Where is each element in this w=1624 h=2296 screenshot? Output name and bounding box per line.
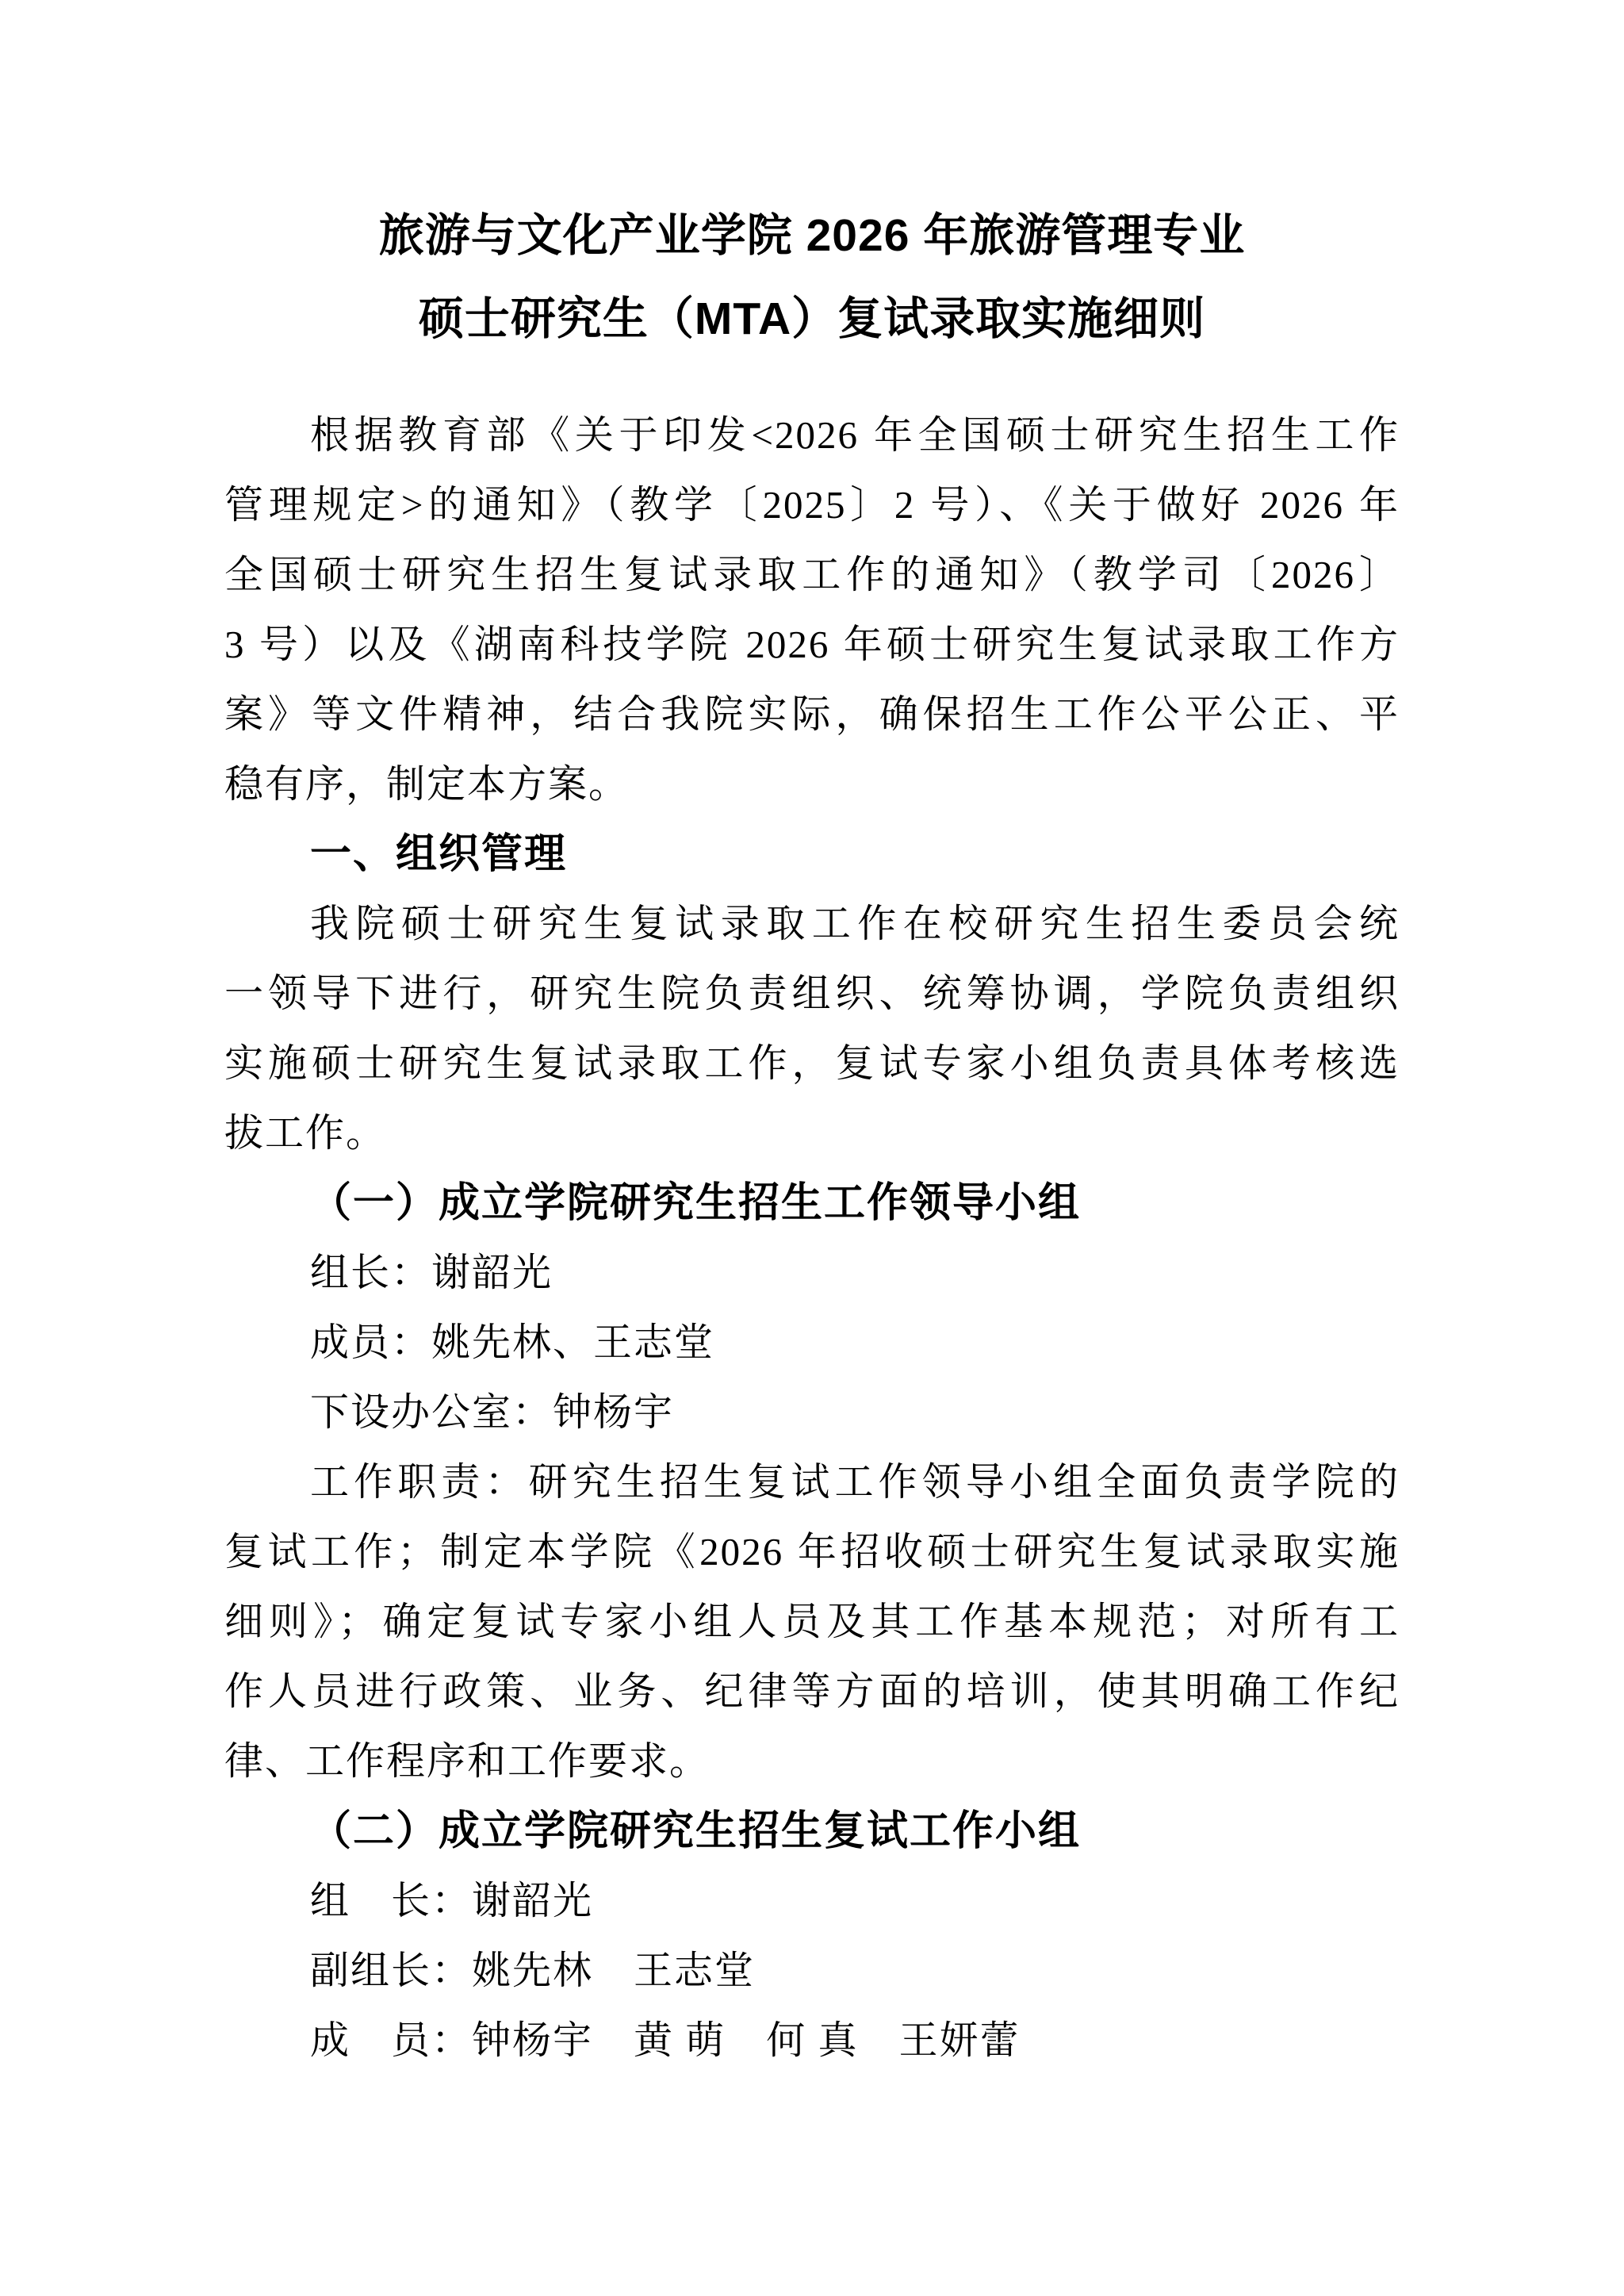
duties-paragraph-line-4: 作人员进行政策、业务、纪律等方面的培训，使其明确工作纪 — [224, 1657, 1400, 1727]
work-group-heading-regular-part: 招生复试工作小组 — [738, 1809, 1081, 1854]
work-group-members-line: 成 员：钟杨宇 黄 萌 何 真 王妍蕾 — [224, 2006, 1400, 2076]
document-page: 旅游与文化产业学院 2026 年旅游管理专业 硕士研究生（MTA）复试录取实施细… — [0, 0, 1624, 2296]
duties-paragraph-line-5: 律、工作程序和工作要求。 — [224, 1727, 1400, 1796]
intro-paragraph-line-5: 案》等文件精神，结合我院实际，确保招生工作公平公正、平 — [224, 680, 1400, 749]
leader-line: 组长：谢韶光 — [224, 1238, 1400, 1308]
organization-paragraph-line-3: 实施硕士研究生复试录取工作，复试专家小组负责具体考核选 — [224, 1029, 1400, 1098]
office-line: 下设办公室：钟杨宇 — [224, 1378, 1400, 1447]
members-line: 成员：姚先林、王志堂 — [224, 1308, 1400, 1378]
work-group-vice-leader-line: 副组长：姚先林 王志堂 — [224, 1936, 1400, 2006]
organization-paragraph-line-1: 我院硕士研究生复试录取工作在校研究生招生委员会统 — [224, 889, 1400, 959]
organization-paragraph-line-4: 拔工作。 — [224, 1098, 1400, 1168]
duties-paragraph-line-3: 细则》；确定复试专家小组人员及其工作基本规范；对所有工 — [224, 1587, 1400, 1657]
document-body: 根据教育部《关于印发<2026 年全国硕士研究生招生工作 管理规定>的通知》（教… — [224, 401, 1400, 2076]
intro-paragraph-line-2: 管理规定>的通知》（教学〔2025〕2 号）、《关于做好 2026 年 — [224, 470, 1400, 540]
section-heading-organization: 一、组织管理 — [224, 819, 1400, 889]
intro-paragraph-line-3: 全国硕士研究生招生复试录取工作的通知》（教学司〔2026〕 — [224, 540, 1400, 610]
organization-paragraph-line-2: 一领导下进行，研究生院负责组织、统筹协调，学院负责组织 — [224, 959, 1400, 1029]
document-title: 旅游与文化产业学院 2026 年旅游管理专业 硕士研究生（MTA）复试录取实施细… — [0, 194, 1624, 361]
intro-paragraph-line-1: 根据教育部《关于印发<2026 年全国硕士研究生招生工作 — [224, 401, 1400, 470]
duties-paragraph-line-1: 工作职责：研究生招生复试工作领导小组全面负责学院的 — [224, 1447, 1400, 1517]
work-group-leader-line: 组 长：谢韶光 — [224, 1866, 1400, 1936]
intro-paragraph-line-6: 稳有序，制定本方案。 — [224, 749, 1400, 819]
title-line-2: 硕士研究生（MTA）复试录取实施细则 — [0, 278, 1624, 361]
intro-paragraph-line-4: 3 号）以及《湖南科技学院 2026 年硕士研究生复试录取工作方 — [224, 610, 1400, 680]
subsection-heading-work-group: （二）成立学院研究生招生复试工作小组 — [224, 1796, 1400, 1866]
work-group-heading-bold-part: （二）成立学院研究生 — [310, 1808, 738, 1854]
duties-paragraph-line-2: 复试工作；制定本学院《2026 年招收硕士研究生复试录取实施 — [224, 1517, 1400, 1587]
title-line-1: 旅游与文化产业学院 2026 年旅游管理专业 — [0, 194, 1624, 278]
subsection-heading-leading-group: （一）成立学院研究生招生工作领导小组 — [224, 1168, 1400, 1238]
